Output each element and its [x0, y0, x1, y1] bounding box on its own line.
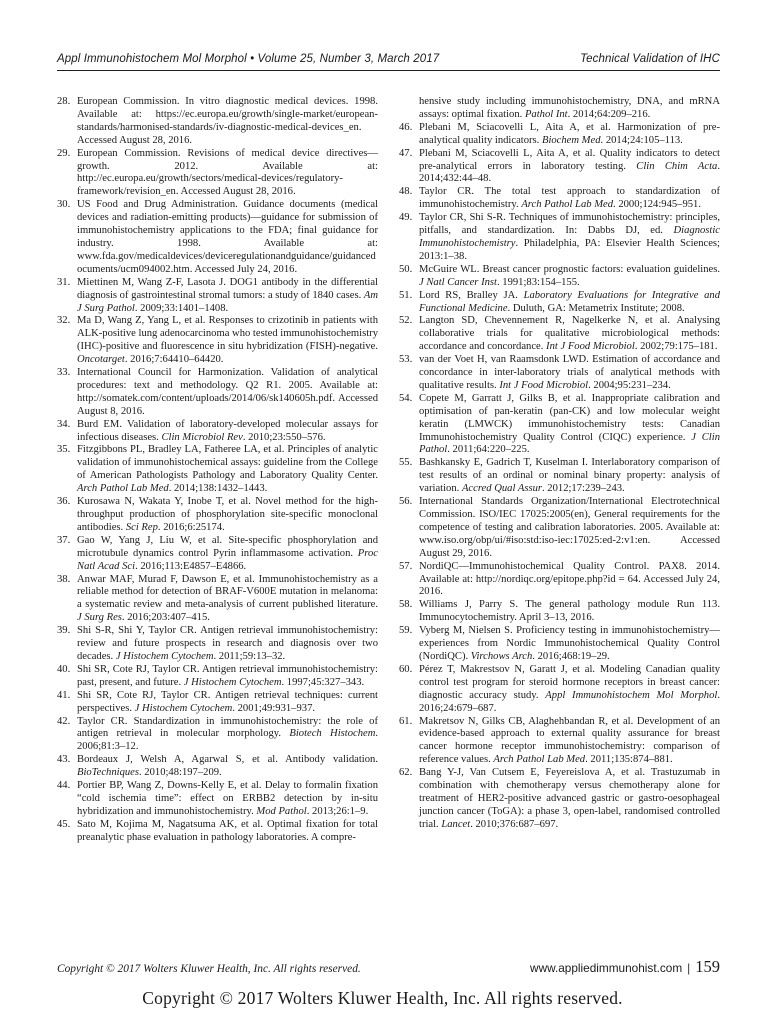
reference-text: . 2011;59:13–32.	[214, 651, 286, 662]
reference-number: 57.	[399, 561, 412, 574]
journal-page: Appl Immunohistochem Mol Morphol • Volum…	[0, 0, 765, 1024]
reference-text: US Food and Drug Administration. Guidanc…	[77, 199, 378, 275]
reference-text: . 2016;7:64410–64420.	[125, 354, 224, 365]
reference-text: Anwar MAF, Murad F, Dawson E, et al. Imm…	[77, 574, 378, 611]
footer-copyright-text: Copyright © 2017 Wolters Kluwer Health, …	[57, 963, 361, 975]
reference-item: 62.Bang Y-J, Van Cutsem E, Feyereislova …	[399, 767, 720, 832]
journal-name: Accred Qual Assur	[462, 483, 542, 494]
reference-text: . 2016;203:407–415.	[122, 612, 210, 623]
reference-item: 41.Shi SR, Cote RJ, Taylor CR. Antigen r…	[57, 690, 378, 716]
reference-text: Sato M, Kojima M, Nagatsuma AK, et al. O…	[77, 819, 378, 843]
journal-info: Appl Immunohistochem Mol Morphol • Volum…	[57, 53, 439, 65]
reference-item: 59.Vyberg M, Nielsen S. Proficiency test…	[399, 625, 720, 664]
reference-number: 32.	[57, 315, 70, 328]
reference-number: 44.	[57, 780, 70, 793]
journal-name: J Histochem Cytochem	[184, 677, 282, 688]
reference-item: 34.Burd EM. Validation of laboratory-dev…	[57, 419, 378, 445]
reference-number: 29.	[57, 148, 70, 161]
references-right-column: hensive study including immunohistochemi…	[399, 96, 720, 845]
reference-text: Miettinen M, Wang Z-F, Lasota J. DOG1 an…	[77, 277, 378, 301]
reference-item: 44.Portier BP, Wang Z, Downs-Kelly E, et…	[57, 780, 378, 819]
reference-item: 30.US Food and Drug Administration. Guid…	[57, 199, 378, 276]
reference-text: Bordeaux J, Welsh A, Agarwal S, et al. A…	[77, 754, 378, 765]
reference-number: 55.	[399, 457, 412, 470]
reference-text: International Standards Organization/Int…	[419, 496, 720, 559]
reference-number: 54.	[399, 393, 412, 406]
bottom-copyright-line: Copyright © 2017 Wolters Kluwer Health, …	[0, 988, 765, 1009]
journal-name: J Surg Res	[77, 612, 122, 623]
reference-text: . 2009;33:1401–1408.	[135, 303, 228, 314]
reference-text: Ma D, Wang Z, Yang L, et al. Responses t…	[77, 315, 378, 352]
footer-site-and-page: www.appliedimmunohist.com|159	[530, 957, 720, 977]
reference-text: . Duluth, GA: Metametrix Institute; 2008…	[508, 303, 685, 314]
reference-number: 37.	[57, 535, 70, 548]
journal-name: Clin Chim Acta	[636, 161, 717, 172]
journal-name: Int J Food Microbiol	[499, 380, 588, 391]
journal-name: Arch Pathol Lab Med	[493, 754, 585, 765]
reference-text: Williams J, Parry S. The general patholo…	[419, 599, 720, 623]
journal-name: Arch Pathol Lab Med	[521, 199, 613, 210]
reference-item: 47.Plebani M, Sciacovelli L, Aita A, et …	[399, 148, 720, 187]
journal-name: J Natl Cancer Inst	[419, 277, 497, 288]
reference-number: 45.	[57, 819, 70, 832]
reference-number: 35.	[57, 444, 70, 457]
reference-number: 34.	[57, 419, 70, 432]
reference-number: 33.	[57, 367, 70, 380]
reference-number: 56.	[399, 496, 412, 509]
reference-number: 41.	[57, 690, 70, 703]
reference-text: . 2014;64:209–216.	[568, 109, 651, 120]
reference-text: . 2014;138:1432–1443.	[169, 483, 268, 494]
journal-name: Oncotarget	[77, 354, 125, 365]
journal-name: BioTechniques	[77, 767, 139, 778]
journal-name: J Histochem Cytochem	[135, 703, 233, 714]
reference-text: . 2010;376:687–697.	[470, 819, 558, 830]
reference-item: 36.Kurosawa N, Wakata Y, Inobe T, et al.…	[57, 496, 378, 535]
reference-number: 51.	[399, 290, 412, 303]
reference-text: . 2002;79:175–181.	[635, 341, 718, 352]
reference-text: McGuire WL. Breast cancer prognostic fac…	[419, 264, 720, 275]
footer-website: www.appliedimmunohist.com	[530, 961, 682, 975]
reference-text: Lord RS, Bralley JA.	[419, 290, 524, 301]
reference-number: 62.	[399, 767, 412, 780]
journal-name: Mod Pathol	[256, 806, 306, 817]
reference-item: 31.Miettinen M, Wang Z-F, Lasota J. DOG1…	[57, 277, 378, 316]
reference-number: 59.	[399, 625, 412, 638]
reference-text: . 2016;113:E4857–E4866.	[135, 561, 246, 572]
reference-item: 49.Taylor CR, Shi S-R. Techniques of imm…	[399, 212, 720, 264]
reference-number: 40.	[57, 664, 70, 677]
reference-item: 61.Makretsov N, Gilks CB, Alaghehbandan …	[399, 716, 720, 768]
reference-text: Gao W, Yang J, Liu W, et al. Site-specif…	[77, 535, 378, 559]
reference-continuation: hensive study including immunohistochemi…	[399, 96, 720, 122]
reference-text: NordiQC—Immunohistochemical Quality Cont…	[419, 561, 720, 598]
reference-number: 58.	[399, 599, 412, 612]
reference-number: 42.	[57, 716, 70, 729]
reference-text: . 2011;135:874–881.	[585, 754, 673, 765]
reference-number: 53.	[399, 354, 412, 367]
page-header: Appl Immunohistochem Mol Morphol • Volum…	[57, 53, 720, 71]
reference-text: . 2014;24:105–113.	[601, 135, 683, 146]
reference-item: 57.NordiQC—Immunohistochemical Quality C…	[399, 561, 720, 600]
reference-item: 28.European Commission. In vitro diagnos…	[57, 96, 378, 148]
reference-text: . 2004;95:231–234.	[588, 380, 671, 391]
reference-item: 52.Langton SD, Chevennement R, Nagelkerk…	[399, 315, 720, 354]
journal-name: Sci Rep	[126, 522, 158, 533]
reference-number: 48.	[399, 186, 412, 199]
reference-number: 50.	[399, 264, 412, 277]
reference-item: 33.International Council for Harmonizati…	[57, 367, 378, 419]
journal-name: Biotech Histochem	[289, 728, 375, 739]
reference-item: 58.Williams J, Parry S. The general path…	[399, 599, 720, 625]
reference-item: 54.Copete M, Garratt J, Gilks B, et al. …	[399, 393, 720, 458]
reference-number: 28.	[57, 96, 70, 109]
reference-number: 60.	[399, 664, 412, 677]
reference-text: . 2010;23:550–576.	[243, 432, 326, 443]
references-left-column: 28.European Commission. In vitro diagnos…	[57, 96, 378, 845]
reference-text: . 2013;26:1–9.	[307, 806, 369, 817]
reference-item: 56.International Standards Organization/…	[399, 496, 720, 561]
reference-text: European Commission. In vitro diagnostic…	[77, 96, 378, 146]
reference-number: 38.	[57, 574, 70, 587]
reference-item: 50.McGuire WL. Breast cancer prognostic …	[399, 264, 720, 290]
reference-text: . 1991;83:154–155.	[497, 277, 580, 288]
reference-text: Copete M, Garratt J, Gilks B, et al. Ina…	[419, 393, 720, 443]
reference-text: . 2016;468:19–29.	[532, 651, 609, 662]
journal-name: Clin Microbiol Rev	[161, 432, 242, 443]
reference-item: 48.Taylor CR. The total test approach to…	[399, 186, 720, 212]
journal-name: J Histochem Cytochem	[116, 651, 214, 662]
journal-name: Arch Pathol Lab Med	[77, 483, 169, 494]
reference-number: 39.	[57, 625, 70, 638]
reference-text: . 2012;17:239–243.	[542, 483, 625, 494]
journal-name: Virchows Arch	[471, 651, 533, 662]
running-title: Technical Validation of IHC	[580, 53, 720, 65]
reference-text: . 2000;124:945–951.	[613, 199, 701, 210]
journal-name: Lancet	[441, 819, 470, 830]
reference-item: 38.Anwar MAF, Murad F, Dawson E, et al. …	[57, 574, 378, 626]
page-footer: Copyright © 2017 Wolters Kluwer Health, …	[57, 957, 720, 977]
journal-name: Biochem Med	[542, 135, 601, 146]
reference-number: 30.	[57, 199, 70, 212]
reference-item: 40.Shi SR, Cote RJ, Taylor CR. Antigen r…	[57, 664, 378, 690]
reference-item: 43.Bordeaux J, Welsh A, Agarwal S, et al…	[57, 754, 378, 780]
reference-item: 45.Sato M, Kojima M, Nagatsuma AK, et al…	[57, 819, 378, 845]
reference-number: 43.	[57, 754, 70, 767]
reference-item: 35.Fitzgibbons PL, Bradley LA, Fatheree …	[57, 444, 378, 496]
reference-number: 36.	[57, 496, 70, 509]
reference-number: 52.	[399, 315, 412, 328]
page-number: 159	[695, 957, 720, 976]
reference-item: 51.Lord RS, Bralley JA. Laboratory Evalu…	[399, 290, 720, 316]
reference-item: 60.Pérez T, Makrestsov N, Garatt J, et a…	[399, 664, 720, 716]
reference-item: 37.Gao W, Yang J, Liu W, et al. Site-spe…	[57, 535, 378, 574]
reference-text: Fitzgibbons PL, Bradley LA, Fatheree LA,…	[77, 444, 378, 481]
reference-text: . 1997;45:327–343.	[281, 677, 364, 688]
reference-number: 61.	[399, 716, 412, 729]
reference-item: 46.Plebani M, Sciacovelli L, Aita A, et …	[399, 122, 720, 148]
reference-text: . 2016;6:25174.	[158, 522, 225, 533]
reference-item: 29.European Commission. Revisions of med…	[57, 148, 378, 200]
reference-item: 53.van der Voet H, van Raamsdonk LWD. Es…	[399, 354, 720, 393]
reference-item: 39.Shi S-R, Shi Y, Taylor CR. Antigen re…	[57, 625, 378, 664]
reference-text: European Commission. Revisions of medica…	[77, 148, 378, 198]
reference-text: . 2001;49:931–937.	[232, 703, 315, 714]
reference-number: 47.	[399, 148, 412, 161]
journal-name: Pathol Int	[525, 109, 568, 120]
reference-text: . 2010;48:197–209.	[139, 767, 222, 778]
reference-number: 31.	[57, 277, 70, 290]
reference-item: 32.Ma D, Wang Z, Yang L, et al. Response…	[57, 315, 378, 367]
reference-item: 55.Bashkansky E, Gadrich T, Kuselman I. …	[399, 457, 720, 496]
reference-text: Kurosawa N, Wakata Y, Inobe T, et al. No…	[77, 496, 378, 533]
reference-text: . 2011;64:220–225.	[447, 444, 529, 455]
reference-text: International Council for Harmonization.…	[77, 367, 378, 417]
reference-item: 42.Taylor CR. Standardization in immunoh…	[57, 716, 378, 755]
footer-separator: |	[687, 961, 690, 975]
reference-number: 49.	[399, 212, 412, 225]
journal-name: Int J Food Microbiol	[546, 341, 635, 352]
reference-number: 46.	[399, 122, 412, 135]
references-section: 28.European Commission. In vitro diagnos…	[57, 96, 720, 845]
journal-name: Appl Immunohistochem Mol Morphol	[545, 690, 717, 701]
